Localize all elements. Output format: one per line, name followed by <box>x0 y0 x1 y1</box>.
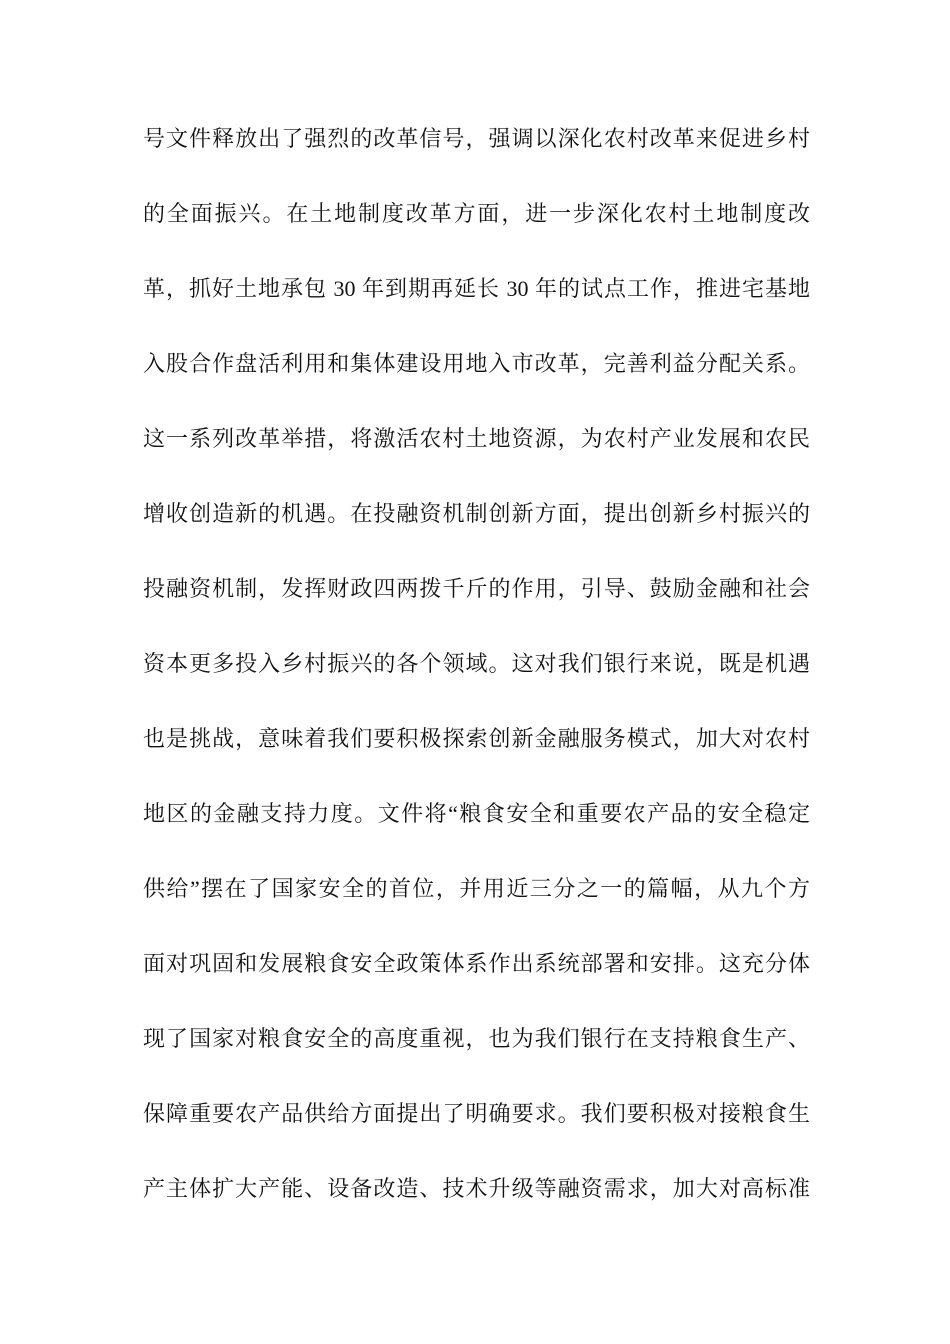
document-page: 号文件释放出了强烈的改革信号，强调以深化农村改革来促进乡村的全面振兴。在土地制度… <box>0 0 950 1344</box>
text-line: 产主体扩大产能、设备改造、技术升级等融资需求，加大对高标准 <box>143 1151 810 1226</box>
text-line: 也是挑战，意味着我们要积极探索创新金融服务模式，加大对农村 <box>143 701 810 776</box>
text-line: 增收创造新的机遇。在投融资机制创新方面，提出创新乡村振兴的 <box>143 476 810 551</box>
text-line: 革，抓好土地承包 30 年到期再延长 30 年的试点工作，推进宅基地 <box>143 251 810 326</box>
text-line: 供给”摆在了国家安全的首位，并用近三分之一的篇幅，从九个方 <box>143 851 810 926</box>
text-line: 面对巩固和发展粮食安全政策体系作出系统部署和安排。这充分体 <box>143 926 810 1001</box>
text-line: 地区的金融支持力度。文件将“粮食安全和重要农产品的安全稳定 <box>143 776 810 851</box>
text-line: 入股合作盘活利用和集体建设用地入市改革，完善利益分配关系。 <box>143 326 810 401</box>
text-line: 这一系列改革举措，将激活农村土地资源，为农村产业发展和农民 <box>143 401 810 476</box>
text-line: 资本更多投入乡村振兴的各个领域。这对我们银行来说，既是机遇 <box>143 626 810 701</box>
text-line: 保障重要农产品供给方面提出了明确要求。我们要积极对接粮食生 <box>143 1076 810 1151</box>
text-line: 投融资机制，发挥财政四两拨千斤的作用，引导、鼓励金融和社会 <box>143 551 810 626</box>
text-line: 现了国家对粮食安全的高度重视，也为我们银行在支持粮食生产、 <box>143 1001 810 1076</box>
paragraph-body: 号文件释放出了强烈的改革信号，强调以深化农村改革来促进乡村的全面振兴。在土地制度… <box>143 101 810 1226</box>
text-line: 的全面振兴。在土地制度改革方面，进一步深化农村土地制度改 <box>143 176 810 251</box>
text-line: 号文件释放出了强烈的改革信号，强调以深化农村改革来促进乡村 <box>143 101 810 176</box>
